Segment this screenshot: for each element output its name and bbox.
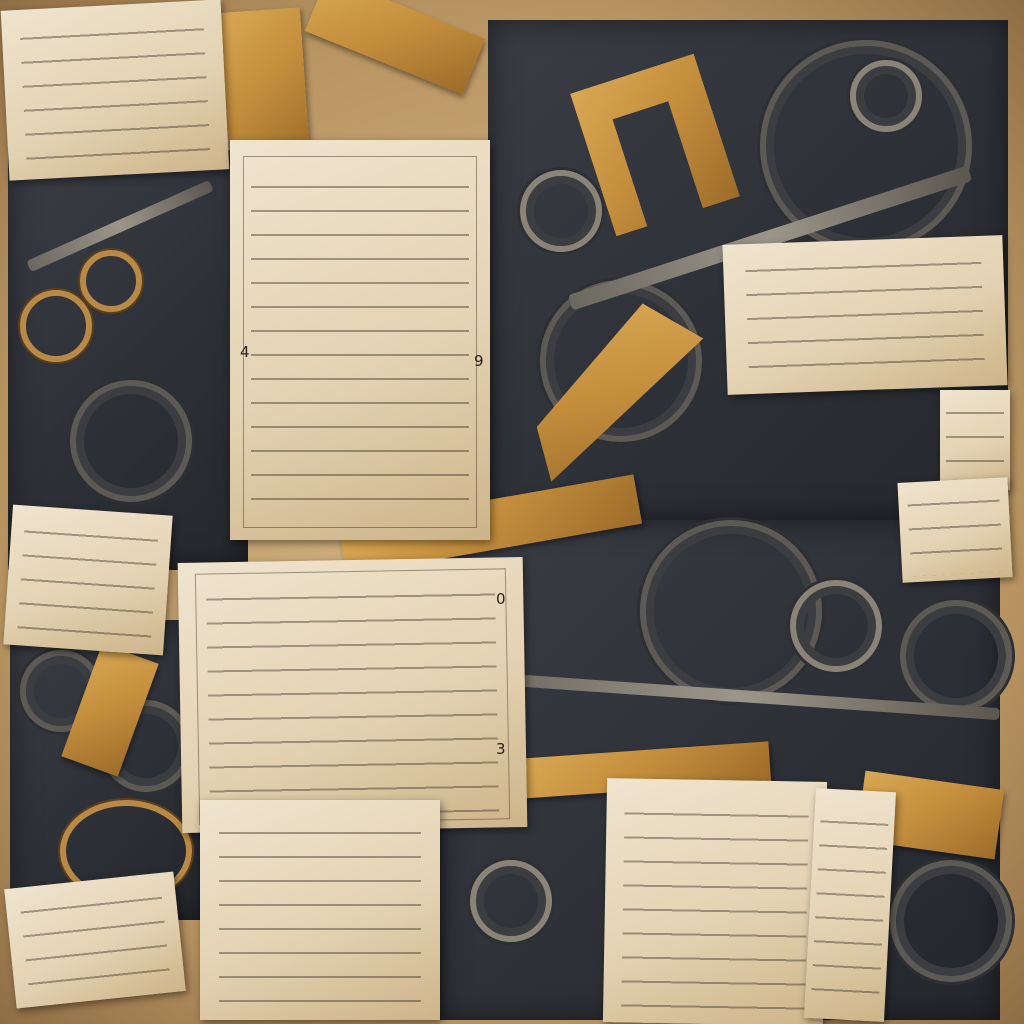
page-numeral: 3 (496, 740, 506, 758)
handwriting-lines (17, 517, 159, 647)
paper-curl (80, 250, 142, 312)
paper-sheet-center-bottom (178, 557, 528, 833)
page-numeral: 0 (496, 590, 506, 608)
paper-strip-bottom-right (804, 788, 896, 1022)
paper-curl (520, 170, 602, 252)
paper-curl (470, 860, 552, 942)
paper-curl (790, 580, 882, 672)
handwriting-lines (19, 882, 172, 1000)
handwriting-lines (251, 172, 469, 516)
paper-scrap-middle-right (897, 477, 1012, 583)
paper-sheet-bottom-right (603, 778, 827, 1024)
paper-sheet-top-left (1, 0, 230, 181)
paper-sheet-center-left (230, 140, 490, 540)
handwriting-lines (946, 398, 1005, 484)
handwriting-lines (219, 818, 421, 1007)
paper-scrap-bottom-left (4, 871, 186, 1008)
paper-curl (890, 860, 1012, 982)
paper-curl (20, 290, 92, 362)
collage-canvas: 4 9 0 3 (0, 0, 1024, 1024)
handwriting-lines (745, 248, 985, 385)
handwriting-lines (907, 486, 1004, 577)
ochre-strip (305, 0, 485, 95)
paper-curl (900, 600, 1012, 712)
handwriting-lines (19, 14, 211, 170)
paper-curl (850, 60, 922, 132)
paper-sheet-bottom-center (200, 800, 440, 1020)
page-numeral: 9 (474, 352, 484, 370)
paper-scrap-left (3, 505, 172, 656)
handwriting-lines (206, 579, 500, 816)
paper-scrap-right (940, 390, 1010, 490)
paper-sheet-right (722, 235, 1007, 395)
page-numeral: 4 (240, 343, 250, 361)
paper-curl (70, 380, 192, 502)
handwriting-lines (811, 807, 888, 1008)
handwriting-lines (621, 798, 809, 1011)
